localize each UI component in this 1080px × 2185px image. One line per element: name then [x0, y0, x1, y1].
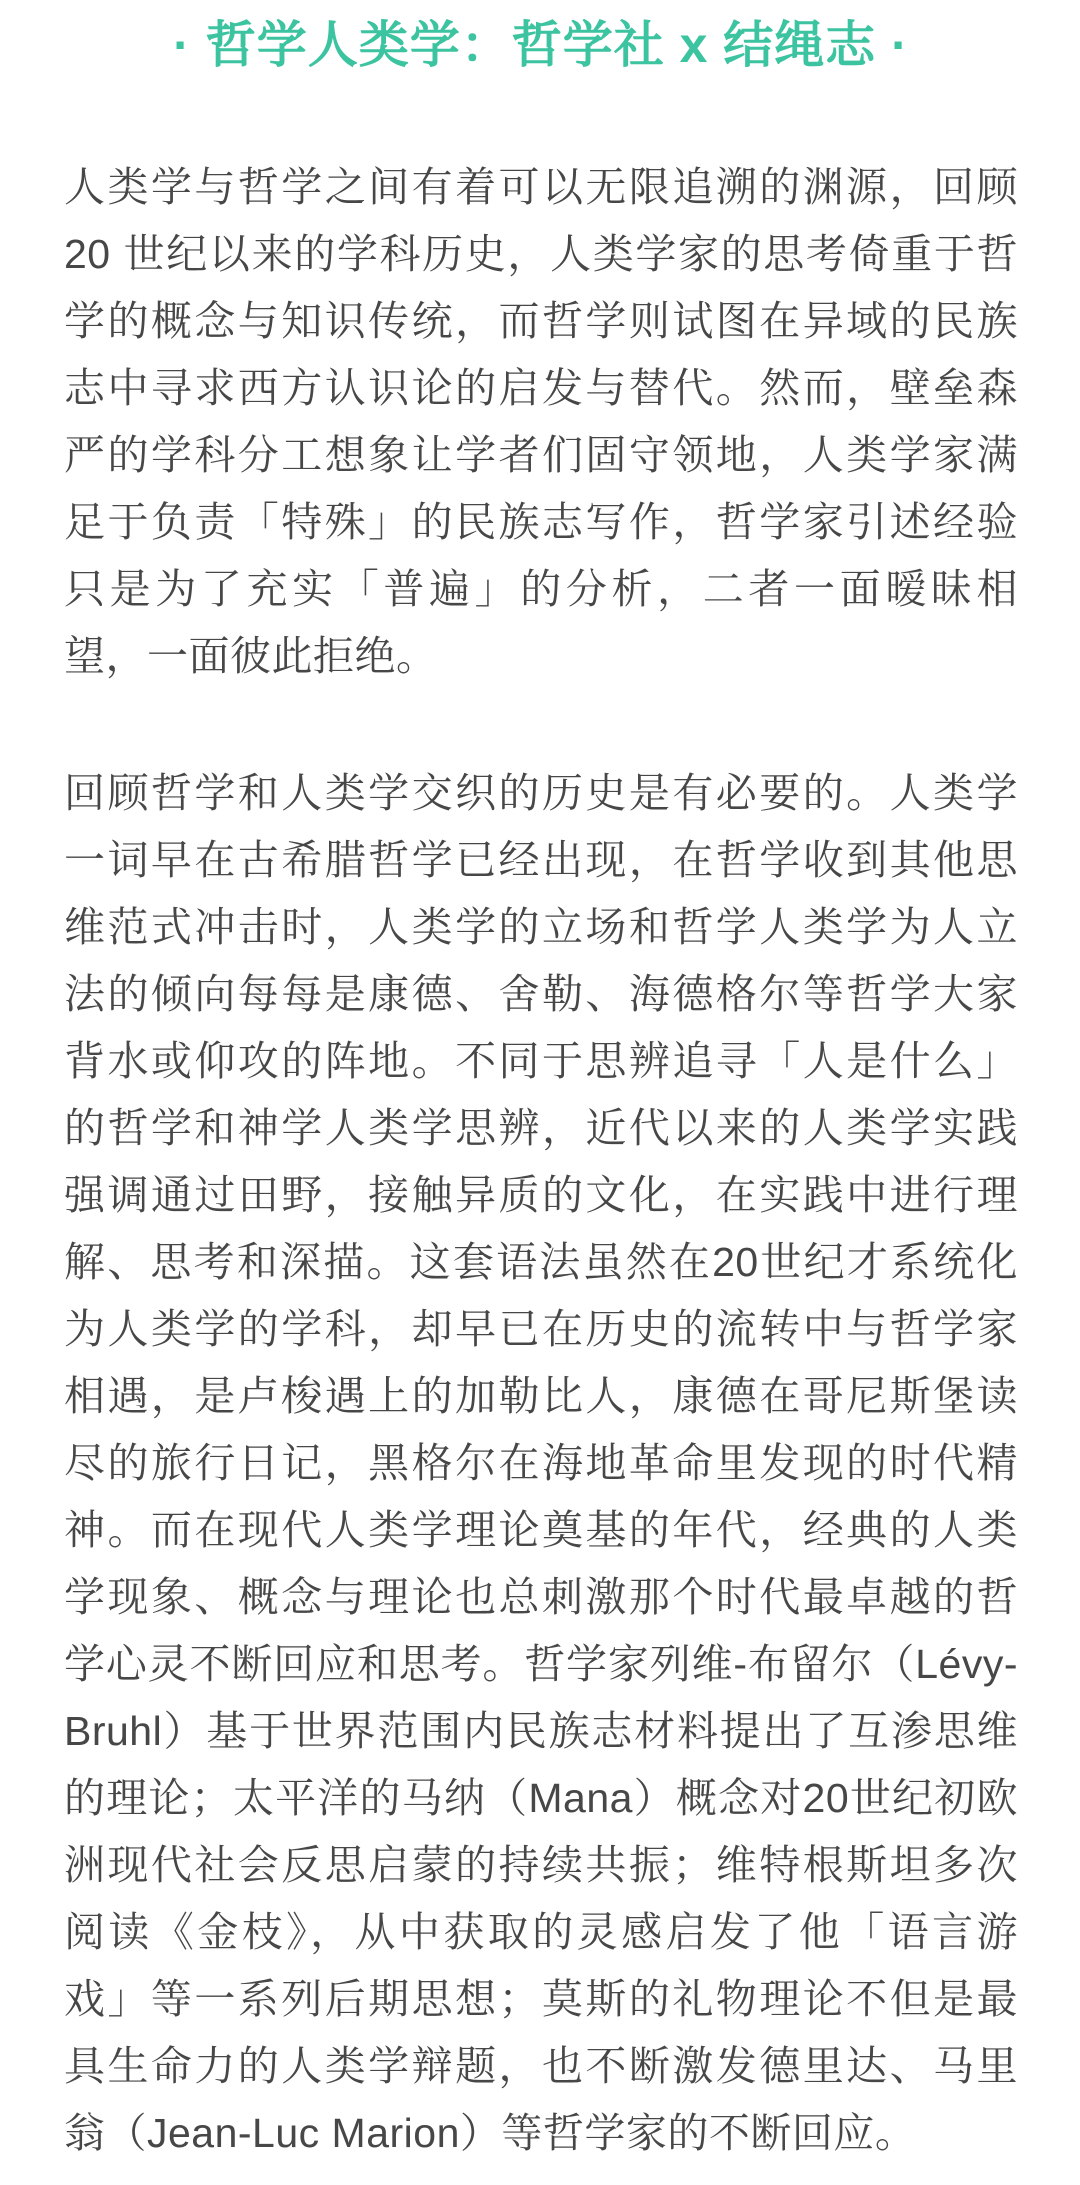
article-paragraph-1: 人类学与哲学之间有着可以无限追溯的渊源，回顾 20 世纪以来的学科历史，人类学家…	[64, 154, 1018, 690]
article-title: · 哲学人类学：哲学社 x 结绳志 ·	[64, 14, 1018, 76]
article-page: · 哲学人类学：哲学社 x 结绳志 · 人类学与哲学之间有着可以无限追溯的渊源，…	[0, 0, 1080, 2185]
article-body: 人类学与哲学之间有着可以无限追溯的渊源，回顾 20 世纪以来的学科历史，人类学家…	[64, 154, 1018, 2167]
article-paragraph-2: 回顾哲学和人类学交织的历史是有必要的。人类学一词早在古希腊哲学已经出现，在哲学收…	[64, 760, 1018, 2167]
